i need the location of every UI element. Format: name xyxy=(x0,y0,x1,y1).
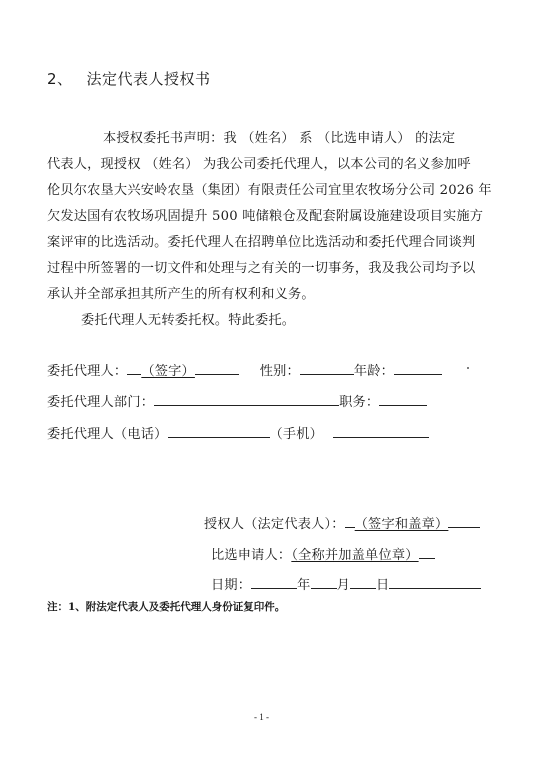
agent-label: 委托代理人： xyxy=(47,364,127,379)
gender-field[interactable] xyxy=(300,361,354,375)
year-field[interactable] xyxy=(251,575,297,589)
body-line-3: 伦贝尔农垦大兴安岭农垦（集团）有限责任公司宜里农牧场分公司 2026 年 xyxy=(47,179,492,198)
applicant-seal-field[interactable]: （全称并加盖单位章） xyxy=(291,548,418,563)
applicant-label: 比选申请人： xyxy=(211,548,291,563)
section-number: 2、 xyxy=(47,70,73,88)
body-line-6: 过程中所签署的一切文件和处理与之有关的一切事务，我及我公司均予以 xyxy=(47,257,475,276)
no-transfer-statement: 委托代理人无转委托权。特此委托。 xyxy=(81,309,295,328)
authorizer-sign-field[interactable]: （签字和盖章） xyxy=(355,517,449,532)
body-line-2: 代表人，现授权 （姓名） 为我公司委托代理人，以本公司的名义参加呼 xyxy=(47,153,471,172)
mobile-label: （手机） xyxy=(270,427,324,442)
dept-label: 委托代理人部门： xyxy=(47,395,154,410)
authorizer-label: 授权人（法定代表人）： xyxy=(204,517,345,532)
section-heading: 2、法定代表人授权书 xyxy=(47,68,211,89)
age-field[interactable] xyxy=(394,361,442,375)
body-line-4: 欠发达国有农牧场巩固提升 500 吨储粮仓及配套附属设施建设项目实施方 xyxy=(47,205,483,224)
month-label: 月 xyxy=(337,578,350,593)
day-label: 日 xyxy=(376,578,389,593)
stray-mark xyxy=(382,246,384,248)
month-field[interactable] xyxy=(311,575,337,589)
body-line-7: 承认并全部承担其所产生的所有权利和义务。 xyxy=(47,283,315,302)
phone-row: 委托代理人（电话）（手机） xyxy=(47,423,429,442)
body-line-1: 本授权委托书声明：我 （姓名） 系 （比选申请人） 的法定 xyxy=(103,127,455,146)
day-field[interactable] xyxy=(350,575,376,589)
applicant-row: 比选申请人：（全称并加盖单位章） xyxy=(211,544,435,563)
page-number: - 1 - xyxy=(254,712,269,722)
footnote: 注：1、附法定代表人及委托代理人身份证复印件。 xyxy=(47,599,285,614)
position-field[interactable] xyxy=(379,392,427,406)
dept-field[interactable] xyxy=(154,392,339,406)
agent-row: 委托代理人：（签字） 性别：年龄： xyxy=(47,360,442,379)
phone-label: 委托代理人（电话） xyxy=(47,427,168,442)
age-label: 年龄： xyxy=(354,364,394,379)
stray-mark xyxy=(467,367,469,369)
agent-sign-field[interactable]: （签字） xyxy=(141,364,195,379)
position-label: 职务： xyxy=(339,395,379,410)
body-line-5: 案评审的比选活动。委托代理人在招聘单位比选活动和委托代理合同谈判 xyxy=(47,231,475,250)
date-label: 日期： xyxy=(211,578,251,593)
dept-row: 委托代理人部门：职务： xyxy=(47,391,427,410)
gender-label: 性别： xyxy=(260,364,300,379)
year-label: 年 xyxy=(297,578,310,593)
date-row: 日期：年月日 xyxy=(211,574,481,593)
mobile-field[interactable] xyxy=(333,424,429,438)
phone-field[interactable] xyxy=(168,424,270,438)
section-title: 法定代表人授权书 xyxy=(87,70,211,88)
authorizer-row: 授权人（法定代表人）：（签字和盖章） xyxy=(204,513,480,532)
